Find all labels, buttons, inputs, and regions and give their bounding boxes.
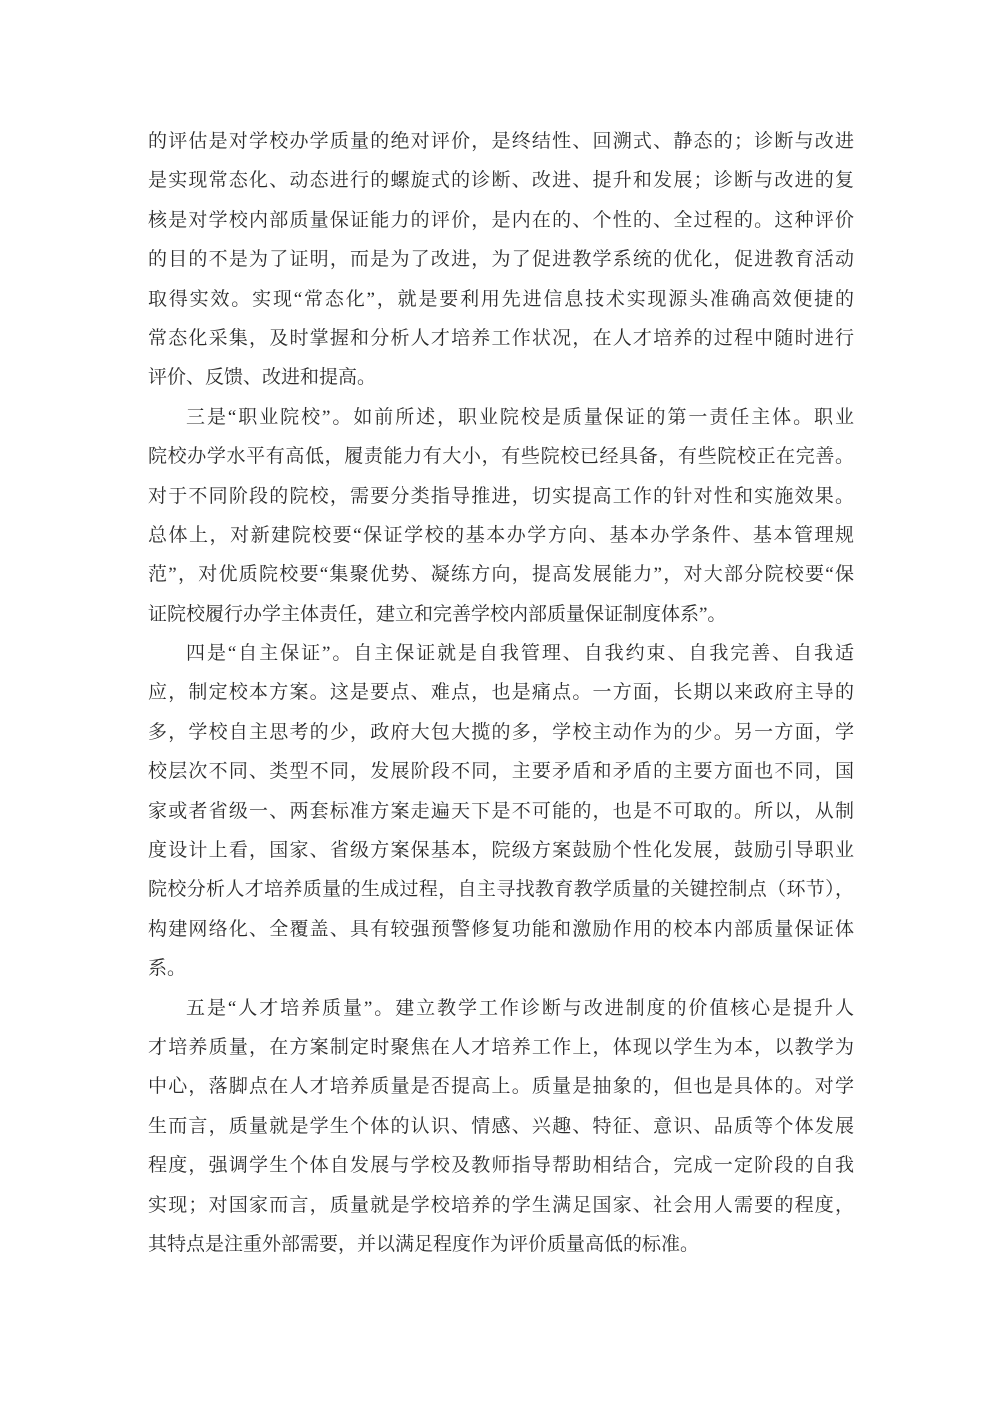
text-line: 应，制定校本方案。这是要点、难点，也是痛点。一方面，长期以来政府主导的	[148, 673, 854, 712]
text-line: 总体上，对新建院校要“保证学校的基本办学方向、基本办学条件、基本管理规	[148, 516, 854, 555]
text-line: 取得实效。实现“常态化”，就是要利用先进信息技术实现源头准确高效便捷的	[148, 280, 854, 319]
text-line: 其特点是注重外部需要，并以满足程度作为评价质量高低的标准。	[148, 1225, 854, 1264]
text-line: 范”，对优质院校要“集聚优势、凝练方向，提高发展能力”，对大部分院校要“保	[148, 555, 854, 594]
text-line: 多，学校自主思考的少，政府大包大揽的多，学校主动作为的少。另一方面，学	[148, 713, 854, 752]
text-line: 证院校履行办学主体责任，建立和完善学校内部质量保证制度体系”。	[148, 595, 854, 634]
text-line: 四是“自主保证”。自主保证就是自我管理、自我约束、自我完善、自我适	[148, 634, 854, 673]
document-content: 的评估是对学校办学质量的绝对评价，是终结性、回溯式、静态的；诊断与改进是实现常态…	[148, 122, 854, 1264]
text-line: 核是对学校内部质量保证能力的评价，是内在的、个性的、全过程的。这种评价	[148, 201, 854, 240]
document-page: 的评估是对学校办学质量的绝对评价，是终结性、回溯式、静态的；诊断与改进是实现常态…	[0, 0, 1000, 1414]
text-line: 家或者省级一、两套标准方案走遍天下是不可能的，也是不可取的。所以，从制	[148, 792, 854, 831]
text-line: 五是“人才培养质量”。建立教学工作诊断与改进制度的价值核心是提升人	[148, 989, 854, 1028]
text-line: 实现；对国家而言，质量就是学校培养的学生满足国家、社会用人需要的程度，	[148, 1186, 854, 1225]
text-line: 中心，落脚点在人才培养质量是否提高上。质量是抽象的，但也是具体的。对学	[148, 1067, 854, 1106]
text-line: 对于不同阶段的院校，需要分类指导推进，切实提高工作的针对性和实施效果。	[148, 477, 854, 516]
text-line: 常态化采集，及时掌握和分析人才培养工作状况，在人才培养的过程中随时进行	[148, 319, 854, 358]
text-line: 校层次不同、类型不同，发展阶段不同，主要矛盾和矛盾的主要方面也不同，国	[148, 752, 854, 791]
text-line: 才培养质量，在方案制定时聚焦在人才培养工作上，体现以学生为本，以教学为	[148, 1028, 854, 1067]
text-line: 评价、反馈、改进和提高。	[148, 358, 854, 397]
text-line: 院校分析人才培养质量的生成过程，自主寻找教育教学质量的关键控制点（环节），	[148, 870, 854, 909]
text-line: 是实现常态化、动态进行的螺旋式的诊断、改进、提升和发展；诊断与改进的复	[148, 161, 854, 200]
text-line: 程度，强调学生个体自发展与学校及教师指导帮助相结合，完成一定阶段的自我	[148, 1146, 854, 1185]
text-line: 构建网络化、全覆盖、具有较强预警修复功能和激励作用的校本内部质量保证体	[148, 910, 854, 949]
text-line: 三是“职业院校”。如前所述，职业院校是质量保证的第一责任主体。职业	[148, 398, 854, 437]
text-line: 的目的不是为了证明，而是为了改进，为了促进教学系统的优化，促进教育活动	[148, 240, 854, 279]
text-line: 生而言，质量就是学生个体的认识、情感、兴趣、特征、意识、品质等个体发展	[148, 1107, 854, 1146]
text-line: 度设计上看，国家、省级方案保基本，院级方案鼓励个性化发展，鼓励引导职业	[148, 831, 854, 870]
text-line: 院校办学水平有高低，履责能力有大小，有些院校已经具备，有些院校正在完善。	[148, 437, 854, 476]
text-line: 系。	[148, 949, 854, 988]
text-line: 的评估是对学校办学质量的绝对评价，是终结性、回溯式、静态的；诊断与改进	[148, 122, 854, 161]
